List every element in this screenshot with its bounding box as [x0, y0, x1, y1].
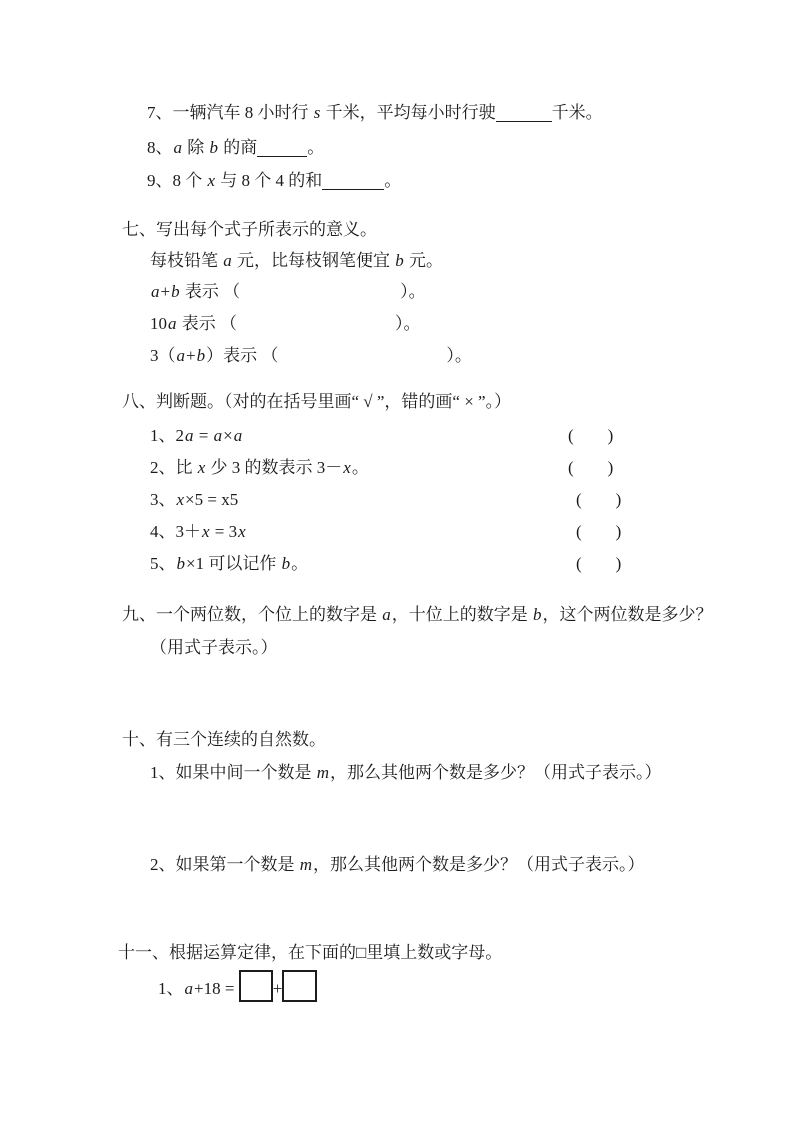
text-run: 。	[291, 554, 308, 573]
math-variable: b	[176, 554, 187, 573]
answer-space	[240, 295, 400, 297]
text-run: 1、如果中间一个数是	[150, 763, 316, 782]
text-run: 2、比	[150, 458, 197, 477]
text-run: 元。	[405, 251, 443, 270]
text-run: +18 =	[194, 979, 239, 998]
answer-box	[239, 970, 273, 1002]
text-run: ×5 = x5	[185, 490, 238, 509]
text-run: 除	[183, 138, 209, 157]
text-run: 少 3 的数表示 3－	[206, 458, 342, 477]
text-run: 3（	[150, 346, 176, 365]
text-run: 表示 （	[181, 282, 241, 301]
fill-question-7: 7、一辆汽车 8 小时行 s 千米，平均每小时行驶千米。	[147, 101, 603, 125]
text-run: ，那么其他两个数是多少？（用式子表示。）	[313, 855, 645, 874]
text-run: ×1 可以记作	[186, 554, 281, 573]
math-variable: a	[381, 605, 392, 624]
answer-space	[237, 327, 395, 329]
text-run: 的商	[219, 138, 257, 157]
math-variable: a	[184, 979, 195, 998]
text-run: 九、一个两位数，个位上的数字是	[122, 605, 381, 624]
text-run: ）。	[446, 346, 472, 365]
fill-in-blank	[257, 140, 307, 157]
text-run: = 3	[211, 522, 238, 541]
answer-space	[278, 359, 446, 361]
text-run: 7、一辆汽车 8 小时行	[147, 103, 313, 122]
section-7-intro: 每枝铅笔 a 元，比每枝钢笔便宜 b 元。	[150, 249, 443, 273]
text-run: 2、如果第一个数是	[150, 855, 299, 874]
text-run: ×	[223, 426, 233, 445]
math-variable: x	[201, 522, 211, 541]
math-variable: m	[299, 855, 313, 874]
text-run: 。	[352, 458, 369, 477]
fill-question-9: 9、8 个 x 与 8 个 4 的和。	[147, 169, 401, 193]
math-variable: a	[233, 426, 244, 445]
text-run: +	[161, 282, 171, 301]
judge-item-4: ( )4、3＋x = 3x	[150, 520, 620, 544]
text-run: +	[273, 979, 283, 998]
text-run: 八、判断题。（对的在括号里画“ √ ”，错的画“ × ”。）	[122, 392, 511, 411]
math-variable: x	[342, 458, 352, 477]
section-11-heading: 十一、根据运算定律，在下面的□里填上数或字母。	[118, 941, 502, 965]
fill-question-8: 8、a 除 b 的商。	[147, 136, 324, 160]
section-9-heading: 九、一个两位数，个位上的数字是 a，十位上的数字是 b，这个两位数是多少？	[122, 603, 713, 627]
text-run: 3、	[150, 490, 176, 509]
math-variable: b	[281, 554, 292, 573]
judge-item-1: ( )1、2a = a×a	[150, 424, 620, 448]
text-run: ）。	[400, 282, 426, 301]
math-variable: b	[209, 138, 220, 157]
fill-in-blank	[496, 105, 552, 122]
section-10-subquestion-1: 1、如果中间一个数是 m，那么其他两个数是多少？（用式子表示。）	[150, 761, 662, 785]
answer-parentheses: ( )	[576, 520, 621, 544]
math-variable: a	[222, 251, 233, 270]
text-run: 10	[150, 314, 167, 333]
math-variable: a	[184, 426, 195, 445]
text-run: 5、	[150, 554, 176, 573]
math-variable: a	[213, 426, 224, 445]
text-run: ）表示 （	[206, 346, 278, 365]
answer-parentheses: ( )	[576, 552, 621, 576]
answer-parentheses: ( )	[568, 456, 613, 480]
text-run: ，十位上的数字是	[392, 605, 532, 624]
math-variable: a	[173, 138, 184, 157]
math-variable: b	[196, 346, 207, 365]
text-run: 4、3＋	[150, 522, 201, 541]
section-8-heading: 八、判断题。（对的在括号里画“ √ ”，错的画“ × ”。）	[122, 390, 511, 414]
section-7-expression-2: 10a 表示 （）。	[150, 312, 421, 336]
text-run: 表示 （	[178, 314, 238, 333]
text-run: 1、2	[150, 426, 184, 445]
judge-item-3: ( )3、x×5 = x5	[150, 488, 620, 512]
section-9-note: （用式子表示。）	[150, 636, 278, 660]
math-variable: x	[207, 171, 217, 190]
judge-item-5: ( )5、b×1 可以记作 b。	[150, 552, 620, 576]
section-10-subquestion-2: 2、如果第一个数是 m，那么其他两个数是多少？（用式子表示。）	[150, 853, 645, 877]
text-run: 千米，平均每小时行驶	[321, 103, 495, 122]
math-variable: a	[176, 346, 187, 365]
math-variable: a	[167, 314, 178, 333]
text-run: ，那么其他两个数是多少？（用式子表示。）	[330, 763, 662, 782]
text-run: 。	[384, 171, 401, 190]
section-10-heading: 十、有三个连续的自然数。	[122, 728, 326, 752]
math-variable: x	[176, 490, 186, 509]
text-run: 十一、根据运算定律，在下面的□里填上数或字母。	[118, 943, 502, 962]
math-variable: x	[197, 458, 207, 477]
math-variable: a	[150, 282, 161, 301]
math-variable: b	[170, 282, 181, 301]
section-11-equation-row: 1、a+18 = +	[158, 970, 317, 1002]
math-variable: x	[237, 522, 247, 541]
text-run: （用式子表示。）	[150, 638, 278, 657]
text-run: 与 8 个 4 的和	[216, 171, 322, 190]
answer-box	[282, 970, 317, 1002]
math-variable: b	[532, 605, 543, 624]
section-7-heading: 七、写出每个式子所表示的意义。	[122, 218, 377, 242]
text-run: 。	[307, 138, 324, 157]
answer-parentheses: ( )	[568, 424, 613, 448]
text-run: ，这个两位数是多少？	[543, 605, 713, 624]
math-variable: b	[394, 251, 405, 270]
text-run: 每枝铅笔	[150, 251, 222, 270]
section-7-expression-1: a+b 表示 （）。	[150, 280, 426, 304]
text-run: 千米。	[552, 103, 603, 122]
text-run: 1、	[158, 979, 184, 998]
section-7-expression-3: 3（a+b）表示 （）。	[150, 344, 472, 368]
fill-in-blank	[322, 173, 384, 190]
text-run: +	[186, 346, 196, 365]
worksheet-page: 7、一辆汽车 8 小时行 s 千米，平均每小时行驶千米。 8、a 除 b 的商。…	[0, 0, 793, 1122]
text-run: 8、	[147, 138, 173, 157]
judge-item-2: ( )2、比 x 少 3 的数表示 3－x。	[150, 456, 620, 480]
text-run: =	[195, 426, 213, 445]
text-run: 七、写出每个式子所表示的意义。	[122, 220, 377, 239]
answer-parentheses: ( )	[576, 488, 621, 512]
text-run: 9、8 个	[147, 171, 207, 190]
text-run: 十、有三个连续的自然数。	[122, 730, 326, 749]
text-run: ）。	[395, 314, 421, 333]
math-variable: m	[316, 763, 330, 782]
text-run: 元，比每枝钢笔便宜	[233, 251, 395, 270]
